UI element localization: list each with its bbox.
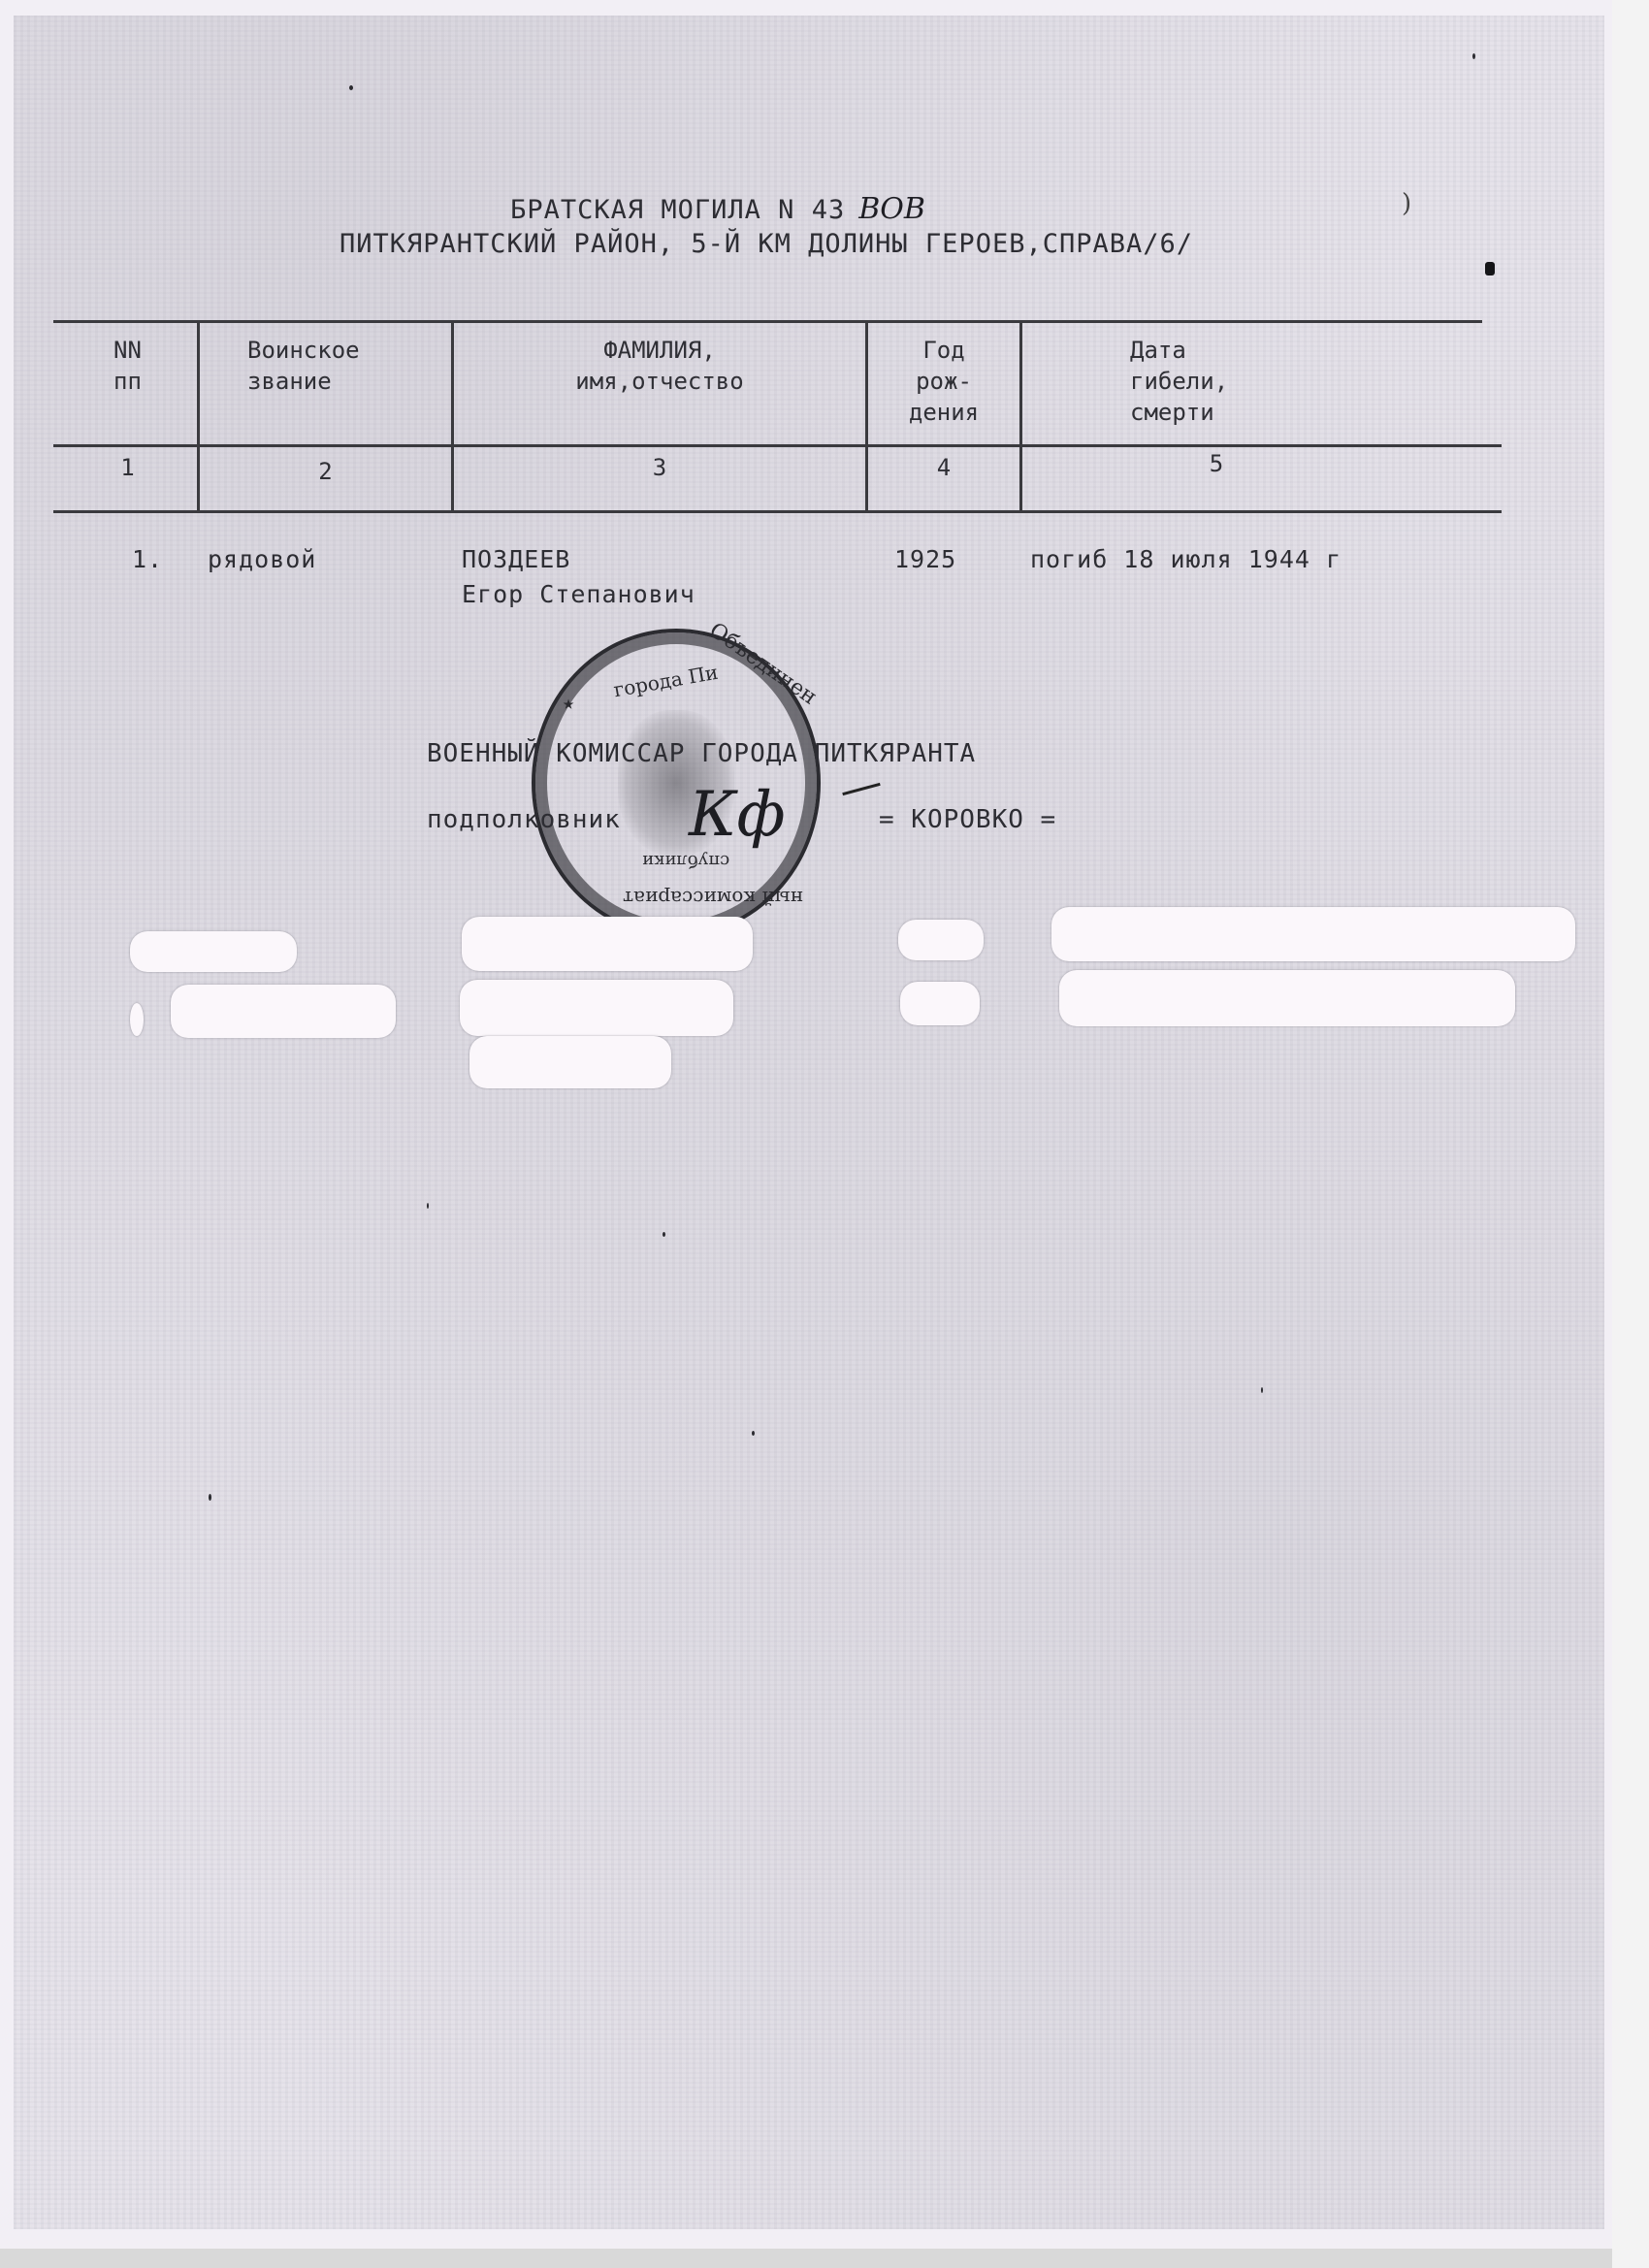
header-line: Воинское (247, 335, 451, 366)
signatory-name: = КОРОВКО = (879, 805, 1056, 834)
title-line-1: БРАТСКАЯ МОГИЛА N 43 (510, 195, 845, 225)
header-line: гибели, (1130, 366, 1421, 397)
redaction-patch (1051, 907, 1575, 961)
handwritten-note: ВОВ (858, 192, 925, 226)
column-number: 1 (58, 452, 197, 483)
document-subtitle: ПИТКЯРАНТСКИЙ РАЙОН, 5-Й КМ ДОЛИНЫ ГЕРОЕ… (233, 229, 1300, 259)
stray-mark: ) (1402, 189, 1411, 218)
column-number: 5 (1022, 448, 1410, 479)
speck (1261, 1387, 1263, 1393)
header-death-date: Дата гибели, смерти (1130, 335, 1421, 428)
table-top-rule (53, 320, 1482, 323)
redaction-patch (130, 931, 297, 972)
header-line: рож- (868, 366, 1019, 397)
speck (1472, 53, 1475, 59)
header-line: звание (247, 366, 451, 397)
handwritten-signature: Кф (689, 776, 863, 854)
header-line: смерти (1130, 397, 1421, 428)
speck (209, 1494, 211, 1501)
header-line: Год (868, 335, 1019, 366)
redaction-patch (460, 980, 733, 1036)
header-line: дения (868, 397, 1019, 428)
stamp-inner-bottom-text: спублики (642, 851, 729, 871)
header-rank: Воинское звание (247, 335, 451, 397)
header-line: NN (58, 335, 197, 366)
column-number: 3 (454, 452, 865, 483)
speck (663, 1232, 665, 1237)
row-rank: рядовой (208, 545, 316, 573)
redaction-patch (171, 985, 396, 1038)
header-line: Дата (1130, 335, 1421, 366)
scan-margin-strip (1612, 0, 1649, 2268)
redaction-patch (462, 917, 753, 971)
signatory-rank: подполковник (427, 805, 621, 834)
stamp-inner-text: города Пи (612, 661, 720, 702)
redaction-patch (469, 1036, 671, 1088)
header-line: ФАМИЛИЯ, (454, 335, 865, 366)
star-icon: ★ (563, 691, 574, 714)
redaction-patch (898, 920, 984, 960)
column-number: 2 (200, 456, 451, 487)
speck (752, 1431, 755, 1436)
redaction-patch (900, 982, 980, 1025)
header-number: NN пп (58, 335, 197, 397)
signatory-position: ВОЕННЫЙ КОМИССАР ГОРОДА ПИТКЯРАНТА (427, 739, 976, 768)
header-full-name: ФАМИЛИЯ, имя,отчество (454, 335, 865, 397)
stamp-bottom-text: ный комиссариат (623, 887, 803, 910)
ink-blot (1485, 262, 1495, 275)
speck (427, 1203, 429, 1209)
speck (349, 85, 353, 90)
table-header-rule (53, 444, 1502, 447)
row-surname: ПОЗДЕЕВ (462, 545, 570, 573)
row-death-date: погиб 18 июля 1944 г (1030, 545, 1342, 573)
redaction-patch (1059, 970, 1515, 1026)
column-number: 4 (868, 452, 1019, 483)
header-line: пп (58, 366, 197, 397)
header-line: имя,отчество (454, 366, 865, 397)
table-column-divider (1019, 320, 1022, 512)
table-bottom-rule (53, 510, 1502, 513)
document-title: БРАТСКАЯ МОГИЛА N 43ВОВ (233, 192, 1203, 226)
row-number: 1. (132, 545, 163, 573)
row-given-names: Егор Степанович (462, 580, 695, 608)
header-birth-year: Год рож- дения (868, 335, 1019, 428)
redaction-patch (130, 1003, 144, 1036)
row-birth-year: 1925 (894, 545, 956, 573)
scanner-bed-edge (0, 2249, 1649, 2268)
